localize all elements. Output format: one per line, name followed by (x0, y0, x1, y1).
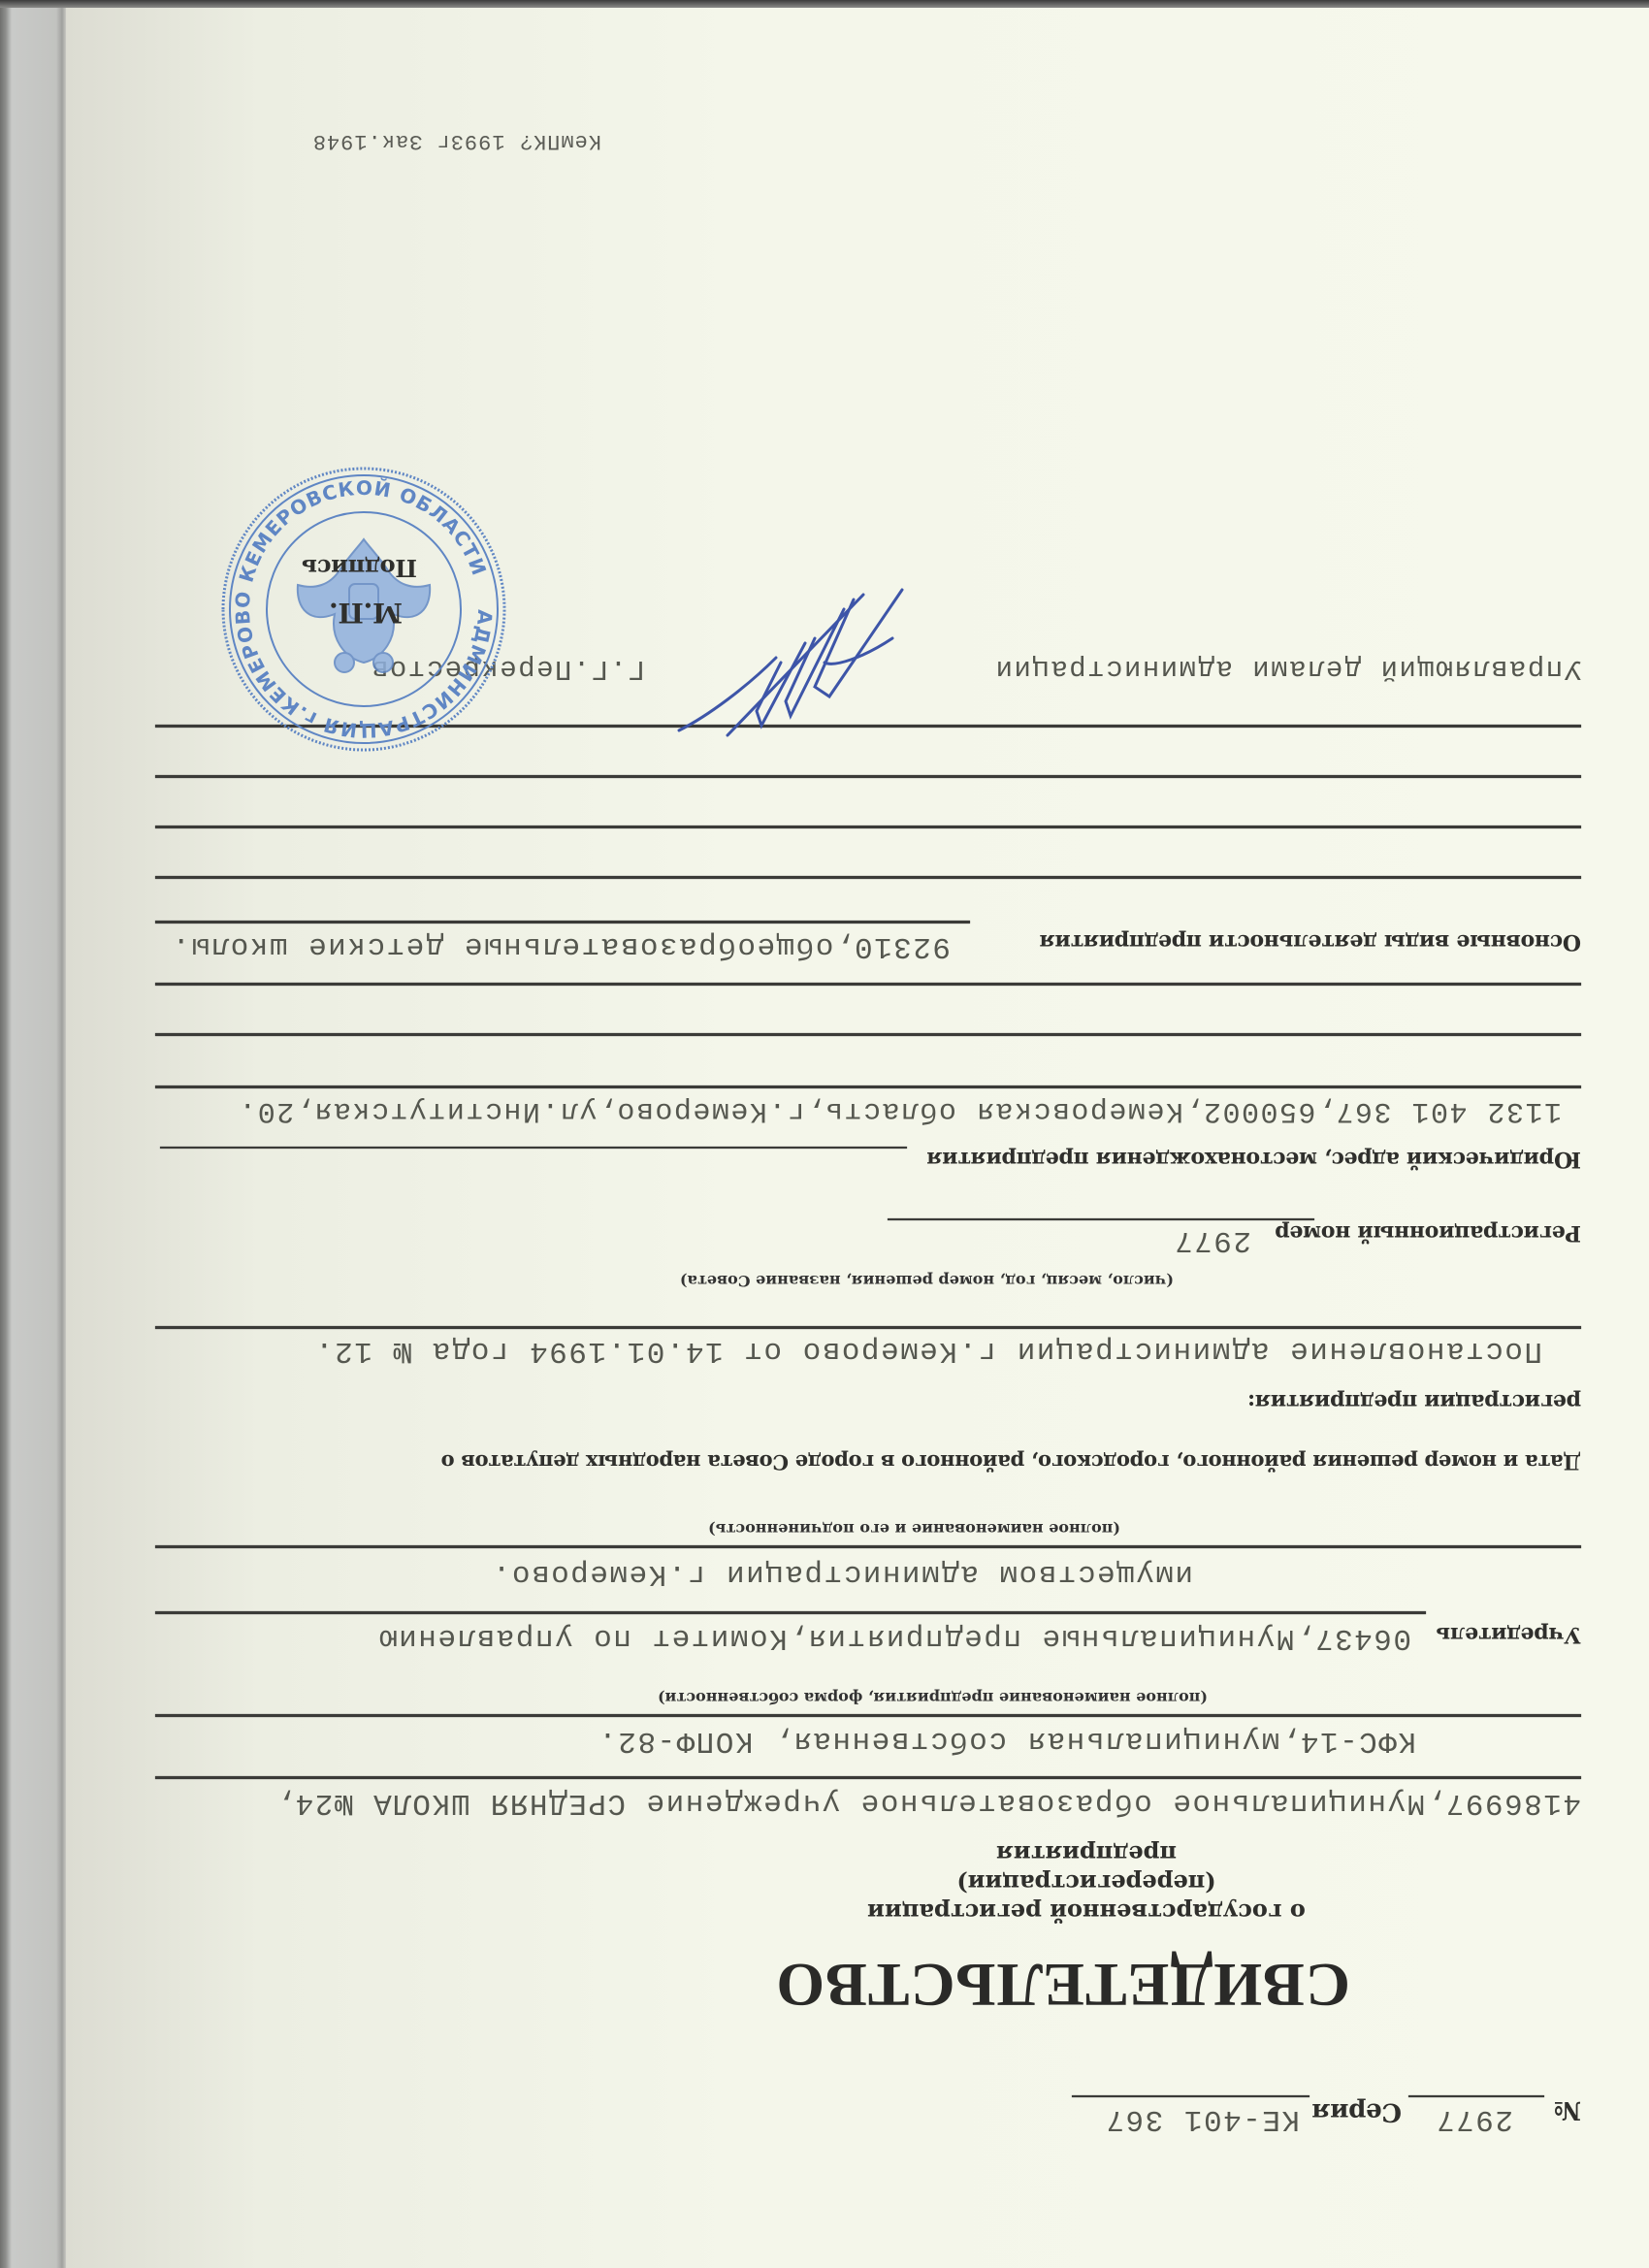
number-underline (1408, 2095, 1544, 2097)
reg-number-label: Регистрационный номер (1276, 1220, 1581, 1246)
address-rule-2 (155, 1085, 1581, 1088)
founder-rule-2 (155, 1545, 1581, 1548)
subtitle-line-1: о государственной регистрации (перерегис… (747, 1868, 1426, 1927)
subtitle-line-2: предприятия (747, 1839, 1426, 1868)
enterprise-name-rule-1 (155, 1776, 1581, 1779)
founder-hint: (полное наименование и его подчиненность… (708, 1520, 1120, 1539)
handwritten-signature (669, 580, 921, 755)
activity-rule-2 (155, 826, 1581, 828)
activity-rule-1 (155, 876, 1581, 879)
activity-rule-top (155, 983, 1581, 986)
decision-label-line-1: Дата и номер решения районного, городско… (441, 1450, 1581, 1474)
decision-rule (155, 1326, 1581, 1329)
activity-value: 92310,общеобразовательные детские школы. (171, 929, 951, 963)
series-underline (1072, 2095, 1309, 2097)
decision-value: Постановление администрации г.Кемерово о… (314, 1334, 1543, 1368)
address-rule-1 (160, 1147, 907, 1149)
series-value: КЕ-401 367 (1105, 2102, 1300, 2136)
address-rule-3 (155, 1033, 1581, 1036)
document-subtitle: о государственной регистрации (перерегис… (747, 1839, 1426, 1927)
reg-number-rule (888, 1218, 1314, 1220)
document-title: СВИДЕТЕЛЬСТВО (775, 1949, 1350, 2021)
decision-hint: (число, месяц, год, номер решения, назва… (680, 1272, 1174, 1290)
activity-rule-3 (155, 775, 1581, 778)
stamp-place-mark: М.П. (329, 597, 403, 629)
enterprise-name-line-1: 4186997,Муниципальное образовательное уч… (275, 1786, 1581, 1820)
stamp-sign-label: Подпись (302, 554, 417, 582)
founder-rule-1 (155, 1611, 1426, 1614)
signatory-position: Управляющий делами администрации (994, 653, 1581, 685)
scan-border-top (0, 0, 1649, 8)
enterprise-name-rule-2 (155, 1714, 1581, 1717)
founder-label: Учредитель (1437, 1622, 1581, 1647)
print-info: КемПК? 1993г Зак.1948 (312, 129, 601, 153)
address-value: 1132 401 367,650002,Кемеровская область,… (238, 1094, 1562, 1127)
activity-label: Основные виды деятельности предприятия (1040, 929, 1581, 955)
scan-border-left (0, 8, 66, 2268)
activity-rule-inline (155, 921, 970, 923)
series-label: Серия (1312, 2097, 1402, 2126)
address-label: Юридический адрес, местонахождения предп… (927, 1147, 1581, 1172)
enterprise-name-hint: (полное наименование предприятия, форма … (658, 1689, 1208, 1707)
founder-line-1: 06437,Муниципальные предприятия,Комитет … (378, 1621, 1411, 1655)
certificate-page: № 2977 Серия КЕ-401 367 СВИДЕТЕЛЬСТВО о … (66, 8, 1649, 2268)
decision-label-line-2: регистрации предприятия: (1247, 1389, 1581, 1414)
founder-line-2: имуществом администрации г.Кемерово. (491, 1557, 1193, 1591)
number-value: 2977 (1436, 2102, 1513, 2136)
number-label: № (1554, 2095, 1581, 2124)
enterprise-name-line-2: КФС-14,муниципальная собственная, КОПФ-8… (598, 1724, 1416, 1758)
reg-number-value: 2977 (1174, 1223, 1251, 1257)
